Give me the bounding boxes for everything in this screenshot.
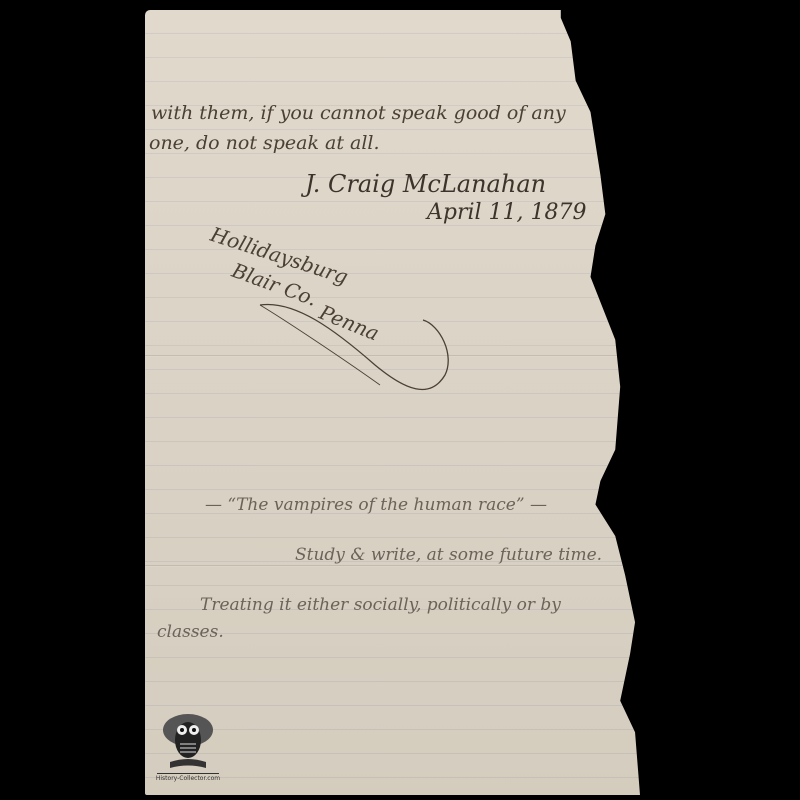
fold-line — [145, 565, 640, 567]
watermark-divider — [157, 773, 219, 774]
note-study: Study & write, at some future time. — [295, 545, 602, 565]
letter-page: with them, if you cannot speak good of a… — [145, 10, 640, 795]
date: April 11, 1879 — [427, 200, 587, 225]
watermark: History-Collector.com — [153, 710, 223, 782]
text-line-1: with them, if you cannot speak good of a… — [151, 102, 566, 124]
signature: J. Craig McLanahan — [305, 170, 546, 198]
owl-on-book-icon — [160, 710, 216, 770]
text-line-2: one, do not speak at all. — [149, 132, 380, 154]
note-title: — “The vampires of the human race” — — [205, 495, 547, 515]
note-treating-2: classes. — [157, 622, 224, 642]
signature-flourish — [255, 280, 455, 410]
note-treating-1: Treating it either socially, politically… — [200, 595, 561, 615]
watermark-text: History-Collector.com — [153, 775, 223, 782]
